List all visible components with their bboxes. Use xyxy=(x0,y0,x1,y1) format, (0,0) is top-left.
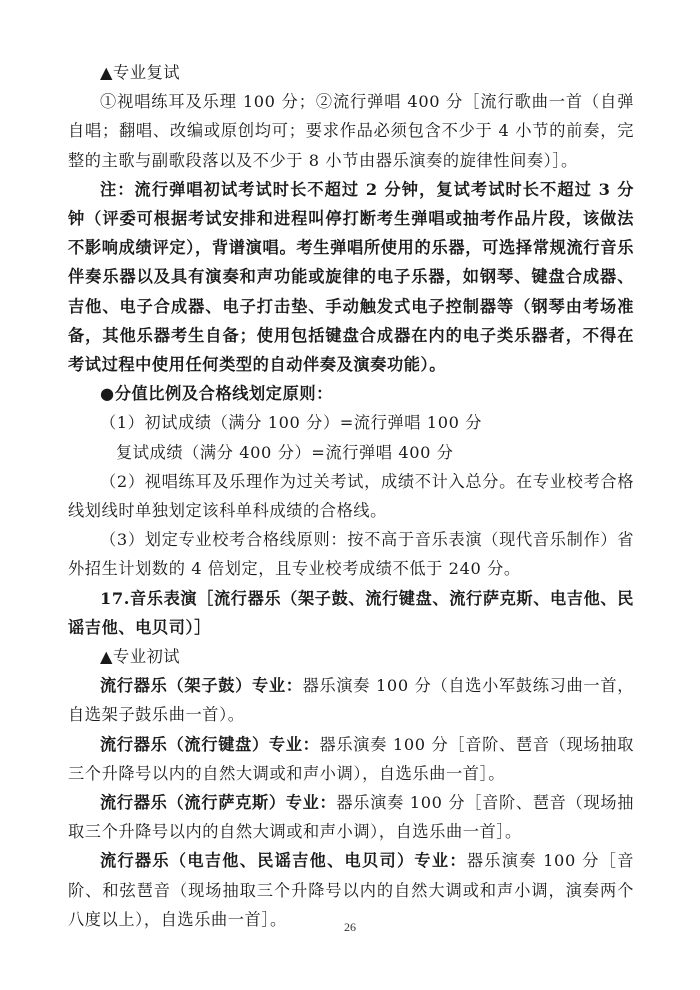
retest-heading: ▲专业复试 xyxy=(68,58,634,87)
section-17-title: 17.音乐表演［流行器乐（架子鼓、流行键盘、流行萨克斯、电吉他、民谣吉他、电贝司… xyxy=(68,584,634,642)
document-page: ▲专业复试 ①视唱练耳及乐理 100 分；②流行弹唱 400 分［流行歌曲一首（… xyxy=(68,58,634,934)
note-paragraph: 注：流行弹唱初试考试时长不超过 2 分钟，复试考试时长不超过 3 分钟（评委可根… xyxy=(68,175,634,379)
scoring-item-1: （1）初试成绩（满分 100 分）=流行弹唱 100 分 xyxy=(68,408,634,437)
item-label: 流行器乐（流行萨克斯）专业： xyxy=(100,793,336,812)
item-label: 流行器乐（流行键盘）专业： xyxy=(100,735,320,754)
scoring-item-3: （3）划定专业校考合格线原则：按不高于音乐表演（现代音乐制作）省外招生计划数的 … xyxy=(68,525,634,583)
scoring-item-1b: 复试成绩（满分 400 分）=流行弹唱 400 分 xyxy=(68,438,634,467)
item-label: 流行器乐（架子鼓）专业： xyxy=(100,676,303,695)
item-label: 流行器乐（电吉他、民谣吉他、电贝司）专业： xyxy=(100,851,467,870)
scoring-heading: ●分值比例及合格线划定原则： xyxy=(68,379,634,408)
note-text: 考生弹唱所使用的乐器，可选择常规流行音乐伴奏乐器以及具有演奏和声功能或旋律的电子… xyxy=(68,238,634,374)
scoring-item-2: （2）视唱练耳及乐理作为过关考试，成绩不计入总分。在专业校考合格线划线时单独划定… xyxy=(68,467,634,525)
prelim-heading: ▲专业初试 xyxy=(68,642,634,671)
item-keyboard: 流行器乐（流行键盘）专业：器乐演奏 100 分［音阶、琶音（现场抽取三个升降号以… xyxy=(68,730,634,788)
item-drums: 流行器乐（架子鼓）专业：器乐演奏 100 分（自选小军鼓练习曲一首，自选架子鼓乐… xyxy=(68,671,634,729)
item-sax: 流行器乐（流行萨克斯）专业：器乐演奏 100 分［音阶、琶音（现场抽取三个升降号… xyxy=(68,788,634,846)
retest-body: ①视唱练耳及乐理 100 分；②流行弹唱 400 分［流行歌曲一首（自弹自唱；翻… xyxy=(68,87,634,175)
page-number: 26 xyxy=(0,920,700,935)
